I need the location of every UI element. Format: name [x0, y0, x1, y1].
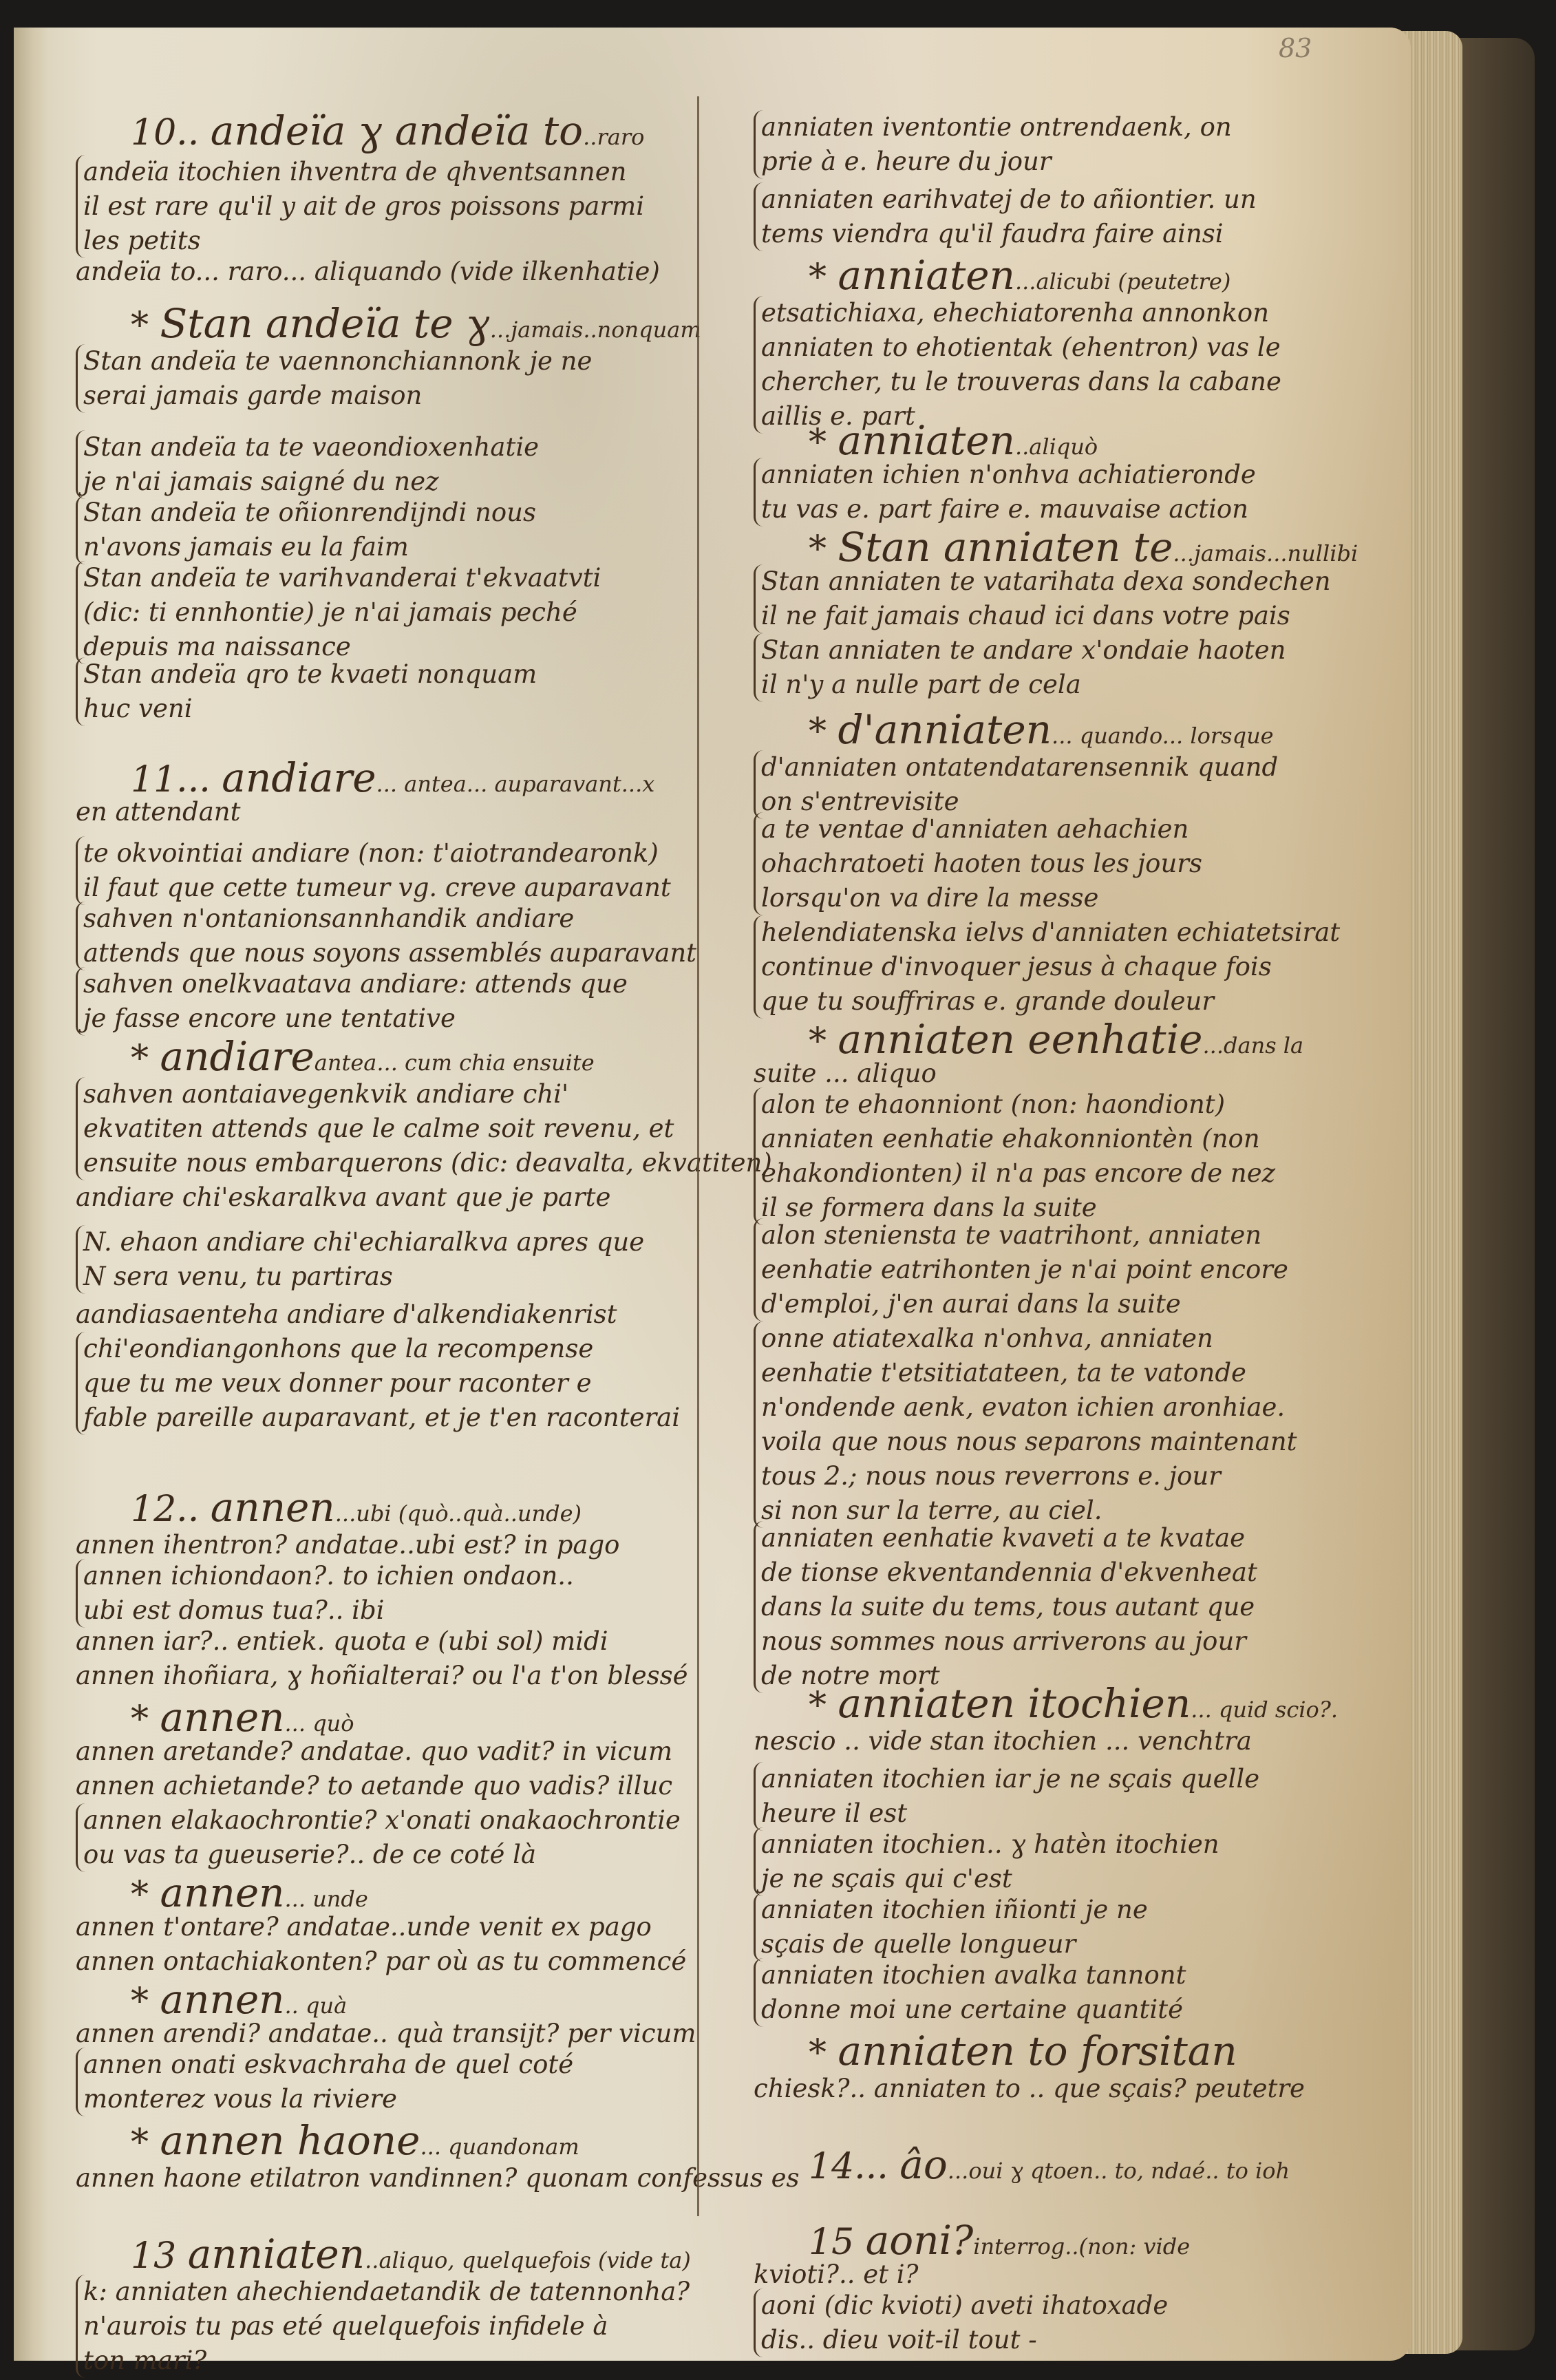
example-line: andiare chi'eskaralkva avant que je part… — [76, 1180, 709, 1215]
bracketed-example: d'anniaten ontatendatarensennik quandon … — [754, 750, 1381, 819]
entry-number: 12.. — [131, 1489, 211, 1530]
headword: annen haone — [160, 2117, 420, 2164]
manuscript-line: nescio .. vide stan itochien ... venchtr… — [754, 1724, 1373, 1759]
headword: andiare — [222, 754, 376, 801]
manuscript-line: suite ... aliquo — [754, 1056, 1373, 1091]
bracketed-example: Stan andeïa te oñionrendijndi nousn'avon… — [76, 496, 716, 564]
manuscript-line: te okvointiai andiare (non: t'aiotrandea… — [83, 836, 716, 871]
entry-number: 10.. — [131, 112, 211, 153]
entry-number: * — [809, 2032, 838, 2074]
bracketed-example: N. ehaon andiare chi'echiaralkva apres q… — [76, 1225, 716, 1294]
bracketed-example: te okvointiai andiare (non: t'aiotrandea… — [76, 836, 716, 905]
dictionary-headword: * anniaten to forsitan — [754, 2030, 1428, 2078]
manuscript-line: il est rare qu'il y ait de gros poissons… — [83, 189, 716, 224]
example-line: annen iar?.. entiek. quota e (ubi sol) m… — [76, 1624, 709, 1693]
example-line: suite ... aliquo — [754, 1056, 1373, 1091]
manuscript-line: attends que nous soyons assemblés aupara… — [83, 936, 716, 970]
entry-number: * — [131, 2122, 160, 2163]
manuscript-line: Stan andeïa te vaennonchiannonk je ne — [83, 344, 716, 379]
headword-gloss: ... quò — [285, 1710, 354, 1736]
dictionary-headword: * andiareantea... cum chia ensuite — [76, 1036, 764, 1083]
headword-gloss: ...dans la — [1203, 1032, 1304, 1059]
manuscript-line: Stan anniaten te vatarihata dexa sondech… — [761, 564, 1381, 599]
headword: andeïa ɣ andeïa to — [211, 107, 583, 154]
manuscript-line: annen t'ontare? andatae..unde venit ex p… — [76, 1910, 709, 1944]
bracketed-example: anniaten itochien iar je ne sçais quelle… — [754, 1762, 1381, 1831]
entry-number: * — [809, 711, 838, 752]
manuscript-line: n'ondende aenk, evaton ichien aronhiae. — [761, 1390, 1381, 1425]
bracketed-example: Stan andeïa te vaennonchiannonk je neser… — [76, 344, 716, 413]
manuscript-line: anniaten itochien avalka tannont — [761, 1958, 1381, 1993]
bracketed-example: annen onati eskvachraha de quel cotémont… — [76, 2048, 716, 2116]
headword-gloss: ..raro — [583, 124, 644, 150]
bracketed-example: anniaten ichien n'onhva achiatierondetu … — [754, 458, 1381, 527]
bracketed-example: a te ventae d'anniaten aehachienohachrat… — [754, 812, 1381, 915]
headword-gloss: ... quando... lorsque — [1052, 723, 1274, 749]
book-cover — [1452, 38, 1535, 2350]
manuscript-line: helendiatenska ielvs d'anniaten echiatet… — [761, 915, 1381, 950]
manuscript-line: annen achietande? to aetande quo vadis? … — [76, 1769, 709, 1803]
manuscript-line: andeïa to... raro... aliquando (vide ilk… — [76, 255, 709, 289]
bracketed-example: annen elakaochrontie? x'onati onakaochro… — [76, 1803, 716, 1872]
manuscript-line: serai jamais garde maison — [83, 379, 716, 413]
bracketed-example: sahven n'ontanionsannhandik andiareatten… — [76, 902, 716, 970]
manuscript-line: aandiasaenteha andiare d'alkendiakenrist — [76, 1297, 709, 1332]
headword-gloss: ...ubi (quò..quà..unde) — [335, 1500, 582, 1527]
manuscript-line: anniaten itochien.. ɣ hatèn itochien — [761, 1827, 1381, 1862]
manuscript-line: donne moi une certaine quantité — [761, 1993, 1381, 2027]
dictionary-headword: * anniaten...alicubi (peutetre) — [754, 255, 1428, 302]
bracketed-example: anniaten eenhatie kvaveti a te kvataede … — [754, 1521, 1381, 1693]
bracketed-example: Stan andeïa qro te kvaeti nonquamhuc ven… — [76, 657, 716, 726]
manuscript-line: Stan andeïa te varihvanderai t'ekvaatvti — [83, 561, 716, 595]
manuscript-line: chiesk?.. anniaten to .. que sçais? peut… — [754, 2072, 1373, 2106]
manuscript-line: chercher, tu le trouveras dans la cabane — [761, 365, 1381, 399]
bracketed-example: alon steniensta te vaatrihont, anniatene… — [754, 1218, 1381, 1321]
manuscript-line: huc veni — [83, 692, 716, 726]
bracketed-example: k: anniaten ahechiendaetandik de tatenno… — [76, 2275, 716, 2378]
bracketed-example: Stan anniaten te andare x'ondaie haoteni… — [754, 633, 1381, 702]
bracketed-example: anniaten itochien.. ɣ hatèn itochienje n… — [754, 1827, 1381, 1896]
manuscript-line: annen ihoñiara, ɣ hoñialterai? ou l'a t'… — [76, 1659, 709, 1693]
manuscript-line: annen arendi? andatae.. quà transijt? pe… — [76, 2017, 709, 2051]
manuscript-line: n'aurois tu pas eté quelquefois infidele… — [83, 2309, 716, 2344]
bracketed-example: anniaten itochien avalka tannontdonne mo… — [754, 1958, 1381, 2027]
example-line: annen aretande? andatae. quo vadit? in v… — [76, 1734, 709, 1803]
entry-number: * — [809, 257, 838, 298]
headword-gloss: ... quid scio?. — [1191, 1697, 1338, 1723]
entry-number: * — [131, 1038, 160, 1079]
dictionary-headword: * anniaten itochien... quid scio?. — [754, 1683, 1428, 1730]
entry-number: 14... — [809, 2146, 899, 2187]
manuscript-line: monterez vous la riviere — [83, 2082, 716, 2116]
manuscript-line: il faut que cette tumeur vg. creve aupar… — [83, 871, 716, 905]
headword: âo — [899, 2141, 948, 2188]
headword-gloss: antea... cum chia ensuite — [315, 1050, 595, 1076]
example-line: nescio .. vide stan itochien ... venchtr… — [754, 1724, 1373, 1759]
column-divider — [697, 96, 699, 2216]
manuscript-line: ensuite nous embarquerons (dic: deavalta… — [83, 1146, 716, 1180]
manuscript-line: dans la suite du tems, tous autant que — [761, 1590, 1381, 1624]
manuscript-line: anniaten iventontie ontrendaenk, on — [761, 110, 1381, 145]
manuscript-line: en attendant — [76, 795, 709, 829]
entry-number: * — [809, 1685, 838, 1726]
manuscript-line: annen haone etilatron vandinnen? quonam … — [76, 2161, 709, 2196]
example-line: annen haone etilatron vandinnen? quonam … — [76, 2161, 709, 2196]
bracketed-example: Stan andeïa ta te vaeondioxenhatieje n'a… — [76, 430, 716, 499]
manuscript-line: annen ihentron? andatae..ubi est? in pag… — [76, 1528, 709, 1562]
headword: anniaten to forsitan — [838, 2028, 1237, 2074]
bracketed-example: anniaten iventontie ontrendaenk, onprie … — [754, 110, 1381, 179]
manuscript-line: ehakondionten) il n'a pas encore de nez — [761, 1156, 1381, 1191]
manuscript-line: ou vas ta gueuserie?.. de ce coté là — [83, 1838, 716, 1872]
manuscript-line: annen ichiondaon?. to ichien ondaon.. — [83, 1559, 716, 1593]
headword: annen — [160, 1694, 285, 1741]
manuscript-line: annen elakaochrontie? x'onati onakaochro… — [83, 1803, 716, 1838]
manuscript-line: de tionse ekventandennia d'ekvenheat — [761, 1555, 1381, 1590]
entry-number: 13 — [131, 2235, 188, 2277]
entry-number: * — [131, 1874, 160, 1915]
manuscript-line: kvioti?.. et i? — [754, 2257, 1373, 2292]
headword: d'anniaten — [838, 706, 1052, 753]
headword-gloss: ..aliquo, quelquefois (vide ta) — [365, 2247, 691, 2273]
headword: aoni? — [866, 2217, 974, 2264]
headword-gloss: .. quà — [285, 1993, 348, 2019]
example-line: annen ihentron? andatae..ubi est? in pag… — [76, 1528, 709, 1562]
example-line: andeïa to... raro... aliquando (vide ilk… — [76, 255, 709, 289]
manuscript-line: sahven n'ontanionsannhandik andiare — [83, 902, 716, 936]
manuscript-line: que tu souffriras e. grande douleur — [761, 984, 1381, 1019]
manuscript-line: ohachratoeti haoten tous les jours — [761, 847, 1381, 881]
manuscript-line: ubi est domus tua?.. ibi — [83, 1593, 716, 1628]
example-line: en attendant — [76, 795, 709, 829]
manuscript-line: annen aretande? andatae. quo vadit? in v… — [76, 1734, 709, 1769]
manuscript-line: eenhatie t'etsitiatateen, ta te vatonde — [761, 1356, 1381, 1390]
headword-gloss: ... antea... auparavant...x — [376, 771, 655, 797]
manuscript-line: il ne fait jamais chaud ici dans votre p… — [761, 599, 1381, 633]
headword: anniaten itochien — [838, 1680, 1191, 1727]
headword-gloss: ...jamais...nullibi — [1173, 540, 1358, 566]
manuscript-line: voila que nous nous separons maintenant — [761, 1425, 1381, 1459]
entry-number: * — [809, 1021, 838, 1062]
manuscript-line: eenhatie eatrihonten je n'ai point encor… — [761, 1253, 1381, 1287]
manuscript-line: tous 2.; nous nous reverrons e. jour — [761, 1459, 1381, 1494]
dictionary-headword: 14... âo...oui ɣ qtoen.. to, ndaé.. to i… — [754, 2144, 1428, 2191]
manuscript-line: N. ehaon andiare chi'echiaralkva apres q… — [83, 1225, 716, 1260]
bracketed-example: sahven onelkvaatava andiare: attends que… — [76, 967, 716, 1036]
manuscript-line: a te ventae d'anniaten aehachien — [761, 812, 1381, 847]
headword-gloss: ... quandonam — [420, 2134, 579, 2160]
manuscript-scan: 83 10.. andeïa ɣ andeïa to..raroandeïa i… — [0, 0, 1556, 2380]
bracketed-example: etsatichiaxa, ehechiatorenha annonkonann… — [754, 296, 1381, 434]
manuscript-line: Stan anniaten te andare x'ondaie haoten — [761, 633, 1381, 668]
dictionary-headword: * d'anniaten... quando... lorsque — [754, 709, 1428, 756]
manuscript-line: k: anniaten ahechiendaetandik de tatenno… — [83, 2275, 716, 2309]
manuscript-line: je fasse encore une tentative — [83, 1001, 716, 1036]
manuscript-line: annen iar?.. entiek. quota e (ubi sol) m… — [76, 1624, 709, 1659]
manuscript-line: Stan andeïa te oñionrendijndi nous — [83, 496, 716, 530]
dictionary-headword: * Stan andeïa te ɣ...jamais..nonquam — [76, 303, 764, 350]
headword: andiare — [160, 1033, 315, 1080]
manuscript-line: sahven aontaiavegenkvik andiare chi' — [83, 1077, 716, 1112]
bracketed-example: alon te ehaonniont (non: haondiont)annia… — [754, 1087, 1381, 1225]
manuscript-line: prie à e. heure du jour — [761, 145, 1381, 179]
manuscript-line: anniaten eenhatie ehakonniontèn (non — [761, 1122, 1381, 1156]
entry-number: 11... — [131, 759, 222, 800]
manuscript-line: onne atiatexalka n'onhva, anniaten — [761, 1321, 1381, 1356]
manuscript-line: tems viendra qu'il faudra faire ainsi — [761, 217, 1381, 251]
manuscript-line: que tu me veux donner pour raconter e — [83, 1366, 716, 1401]
manuscript-line: anniaten itochien iar je ne sçais quelle — [761, 1762, 1381, 1796]
example-line: annen t'ontare? andatae..unde venit ex p… — [76, 1910, 709, 1979]
bracketed-example: sahven aontaiavegenkvik andiare chi'ekva… — [76, 1077, 716, 1180]
manuscript-line: ekvatiten attends que le calme soit reve… — [83, 1112, 716, 1146]
dictionary-headword: 10.. andeïa ɣ andeïa to..raro — [76, 110, 764, 158]
manuscript-line: dis.. dieu voit-il tout - — [761, 2323, 1381, 2357]
entry-number: * — [131, 1699, 160, 1740]
manuscript-line: n'avons jamais eu la faim — [83, 530, 716, 564]
manuscript-line: etsatichiaxa, ehechiatorenha annonkon — [761, 296, 1381, 330]
page-number: 83 — [1279, 33, 1312, 63]
manuscript-line: (dic: ti ennhontie) je n'ai jamais peché — [83, 595, 716, 630]
headword-gloss: ..aliquò — [1015, 434, 1098, 460]
manuscript-line: N sera venu, tu partiras — [83, 1260, 716, 1294]
manuscript-line: andeïa itochien ihventra de qhventsannen — [83, 155, 716, 189]
bracketed-example: andeïa itochien ihventra de qhventsannen… — [76, 155, 716, 258]
manuscript-line: d'anniaten ontatendatarensennik quand — [761, 750, 1381, 785]
manuscript-line: heure il est — [761, 1796, 1381, 1831]
manuscript-line: Stan andeïa qro te kvaeti nonquam — [83, 657, 716, 692]
bracketed-example: chi'eondiangonhons que la recompenseque … — [76, 1332, 716, 1435]
book-gutter — [14, 28, 48, 2361]
headword-gloss: ... unde — [285, 1886, 368, 1912]
manuscript-line: les petits — [83, 224, 716, 258]
manuscript-line: sçais de quelle longueur — [761, 1927, 1381, 1962]
manuscript-line: anniaten earihvatej de to añiontier. un — [761, 182, 1381, 217]
bracketed-example: anniaten earihvatej de to añiontier. unt… — [754, 182, 1381, 251]
example-line: chiesk?.. anniaten to .. que sçais? peut… — [754, 2072, 1373, 2106]
manuscript-line: alon te ehaonniont (non: haondiont) — [761, 1087, 1381, 1122]
bracketed-example: helendiatenska ielvs d'anniaten echiatet… — [754, 915, 1381, 1019]
manuscript-line: andiare chi'eskaralkva avant que je part… — [76, 1180, 709, 1215]
dictionary-headword: 12.. annen...ubi (quò..quà..unde) — [76, 1487, 764, 1534]
headword: annen — [160, 1976, 285, 2023]
example-line: annen arendi? andatae.. quà transijt? pe… — [76, 2017, 709, 2051]
manuscript-line: annen onati eskvachraha de quel coté — [83, 2048, 716, 2082]
manuscript-page: 83 10.. andeïa ɣ andeïa to..raroandeïa i… — [14, 28, 1411, 2361]
manuscript-line: anniaten to ehotientak (ehentron) vas le — [761, 330, 1381, 365]
dictionary-headword: 13 anniaten..aliquo, quelquefois (vide t… — [76, 2233, 764, 2281]
headword: Stan anniaten te — [838, 524, 1173, 571]
manuscript-line: anniaten eenhatie kvaveti a te kvatae — [761, 1521, 1381, 1555]
manuscript-line: alon steniensta te vaatrihont, anniaten — [761, 1218, 1381, 1253]
headword-gloss: ...jamais..nonquam — [490, 317, 701, 343]
bracketed-example: Stan andeïa te varihvanderai t'ekvaatvti… — [76, 561, 716, 664]
manuscript-line: continue d'invoquer jesus à chaque fois — [761, 950, 1381, 984]
manuscript-line: fable pareille auparavant, et je t'en ra… — [83, 1401, 716, 1435]
headword: anniaten — [838, 417, 1015, 464]
entry-number: * — [809, 529, 838, 570]
dictionary-headword: * annen haone... quandonam — [76, 2120, 764, 2167]
bracketed-example: aoni (dic kvioti) aveti ihatoxadedis.. d… — [754, 2288, 1381, 2357]
headword: annen — [211, 1484, 335, 1531]
manuscript-line: lorsqu'on va dire la messe — [761, 881, 1381, 915]
manuscript-line: il n'y a nulle part de cela — [761, 668, 1381, 702]
manuscript-line: annen ontachiakonten? par où as tu comme… — [76, 1944, 709, 1979]
manuscript-line: anniaten itochien iñionti je ne — [761, 1893, 1381, 1927]
headword: anniaten eenhatie — [838, 1016, 1203, 1063]
entry-number: * — [809, 422, 838, 463]
manuscript-line: nous sommes nous arriverons au jour — [761, 1624, 1381, 1659]
bracketed-example: annen ichiondaon?. to ichien ondaon..ubi… — [76, 1559, 716, 1628]
entry-number: * — [131, 305, 160, 346]
manuscript-line: aoni (dic kvioti) aveti ihatoxade — [761, 2288, 1381, 2323]
headword: anniaten — [838, 252, 1015, 299]
manuscript-line: anniaten ichien n'onhva achiatieronde — [761, 458, 1381, 492]
example-line: aandiasaenteha andiare d'alkendiakenrist — [76, 1297, 709, 1332]
example-line: kvioti?.. et i? — [754, 2257, 1373, 2292]
headword: Stan andeïa te ɣ — [160, 300, 490, 347]
manuscript-line: ton mari? — [83, 2344, 716, 2378]
entry-number: 15 — [809, 2222, 866, 2263]
manuscript-line: je n'ai jamais saigné du nez — [83, 465, 716, 499]
bracketed-example: anniaten itochien iñionti je nesçais de … — [754, 1893, 1381, 1962]
manuscript-line: tu vas e. part faire e. mauvaise action — [761, 492, 1381, 527]
manuscript-line: je ne sçais qui c'est — [761, 1862, 1381, 1896]
headword-gloss: ...oui ɣ qtoen.. to, ndaé.. to ioh — [948, 2158, 1290, 2184]
manuscript-line: chi'eondiangonhons que la recompense — [83, 1332, 716, 1366]
bracketed-example: onne atiatexalka n'onhva, anniateneenhat… — [754, 1321, 1381, 1528]
headword: anniaten — [188, 2231, 365, 2277]
manuscript-line: sahven onelkvaatava andiare: attends que — [83, 967, 716, 1001]
manuscript-line: d'emploi, j'en aurai dans la suite — [761, 1287, 1381, 1321]
headword-gloss: interrog..(non: vide — [973, 2233, 1190, 2260]
bracketed-example: Stan anniaten te vatarihata dexa sondech… — [754, 564, 1381, 633]
entry-number: * — [131, 1981, 160, 2022]
manuscript-line: Stan andeïa ta te vaeondioxenhatie — [83, 430, 716, 465]
headword-gloss: ...alicubi (peutetre) — [1015, 268, 1230, 295]
headword: annen — [160, 1869, 285, 1916]
